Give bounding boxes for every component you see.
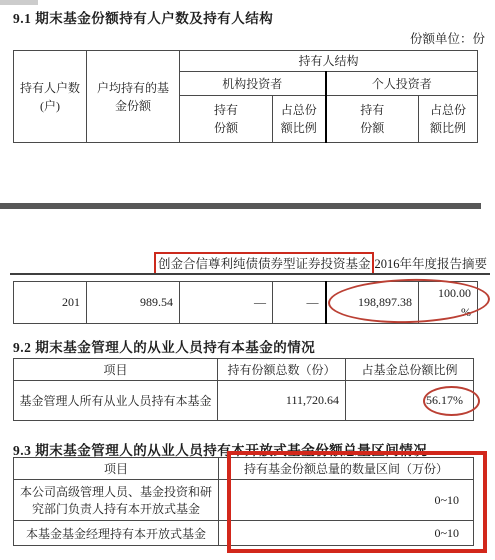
staff-total-shares-value: 111,720.64: [218, 381, 346, 421]
avg-shares-value: 989.54: [87, 282, 180, 324]
header-rule: [10, 273, 490, 275]
report-title-suffix: 2016年年度报告摘要: [374, 257, 487, 271]
range-item-header: 项目: [14, 458, 219, 480]
section-9-3-title: 9.3 期末基金管理人的从业人员持有本开放式基金份额总量区间情况: [13, 439, 427, 459]
holder-structure-header: 持有人结构: [180, 51, 478, 72]
report-page: 9.1 期末基金份额持有人户数及持有人结构 份额单位：份 持有人户数 (户) 户…: [0, 0, 495, 560]
holder-structure-table: 持有人户数 (户) 户均持有的基 金份额 持有人结构 机构投资者 个人投资者 持…: [13, 50, 478, 143]
range-row-value: 0~10: [219, 521, 474, 546]
holder-data-table: 201 989.54 — — 198,897.38 100.00 %: [13, 281, 478, 324]
inst-pct-header: 占总份 额比例: [273, 96, 326, 143]
ind-pct-header: 占总份 额比例: [419, 96, 478, 143]
share-unit-note: 份额单位：份: [410, 29, 485, 47]
document-header: 创金合信尊利纯债债券型证券投资基金2016年年度报告摘要: [0, 252, 487, 275]
range-row-value: 0~10: [219, 480, 474, 521]
fund-name: 创金合信尊利纯债债券型证券投资基金: [158, 257, 371, 271]
section-9-2-title: 9.2 期末基金管理人的从业人员持有本基金的情况: [13, 336, 315, 356]
staff-item-value: 基金管理人所有从业人员持有本基金: [14, 381, 218, 421]
inst-shares-held-header: 持有 份额: [180, 96, 273, 143]
staff-holdings-table: 项目 持有份额总数（份） 占基金总份额比例 基金管理人所有从业人员持有本基金 1…: [13, 358, 474, 421]
inst-pct-value: —: [273, 282, 326, 324]
range-row-item: 本基金基金经理持有本开放式基金: [14, 521, 219, 546]
avg-shares-header: 户均持有的基 金份额: [87, 51, 180, 143]
holders-count-header: 持有人户数 (户): [14, 51, 87, 143]
staff-pct-value: 56.17%: [346, 381, 474, 421]
range-row-item: 本公司高级管理人员、基金投资和研究部门负责人持有本开放式基金: [14, 480, 219, 521]
page-break-divider: [0, 203, 481, 209]
institutional-investors-header: 机构投资者: [180, 72, 326, 96]
section-9-1-title: 9.1 期末基金份额持有人户数及持有人结构: [13, 7, 273, 27]
staff-pct-header: 占基金总份额比例: [346, 359, 474, 381]
fund-name-highlight-box: 创金合信尊利纯债债券型证券投资基金: [154, 252, 375, 275]
holders-count-value: 201: [14, 282, 87, 324]
ind-pct-value: 100.00 %: [419, 282, 478, 324]
inst-shares-value: —: [180, 282, 273, 324]
ind-shares-value: 198,897.38: [326, 282, 419, 324]
range-interval-header: 持有基金份额总量的数量区间（万份）: [219, 458, 474, 480]
staff-item-header: 项目: [14, 359, 218, 381]
holding-range-table: 项目 持有基金份额总量的数量区间（万份） 本公司高级管理人员、基金投资和研究部门…: [13, 457, 474, 546]
staff-total-shares-header: 持有份额总数（份）: [218, 359, 346, 381]
individual-investors-header: 个人投资者: [326, 72, 478, 96]
scan-artifact: [0, 0, 38, 5]
ind-shares-held-header: 持有 份额: [326, 96, 419, 143]
